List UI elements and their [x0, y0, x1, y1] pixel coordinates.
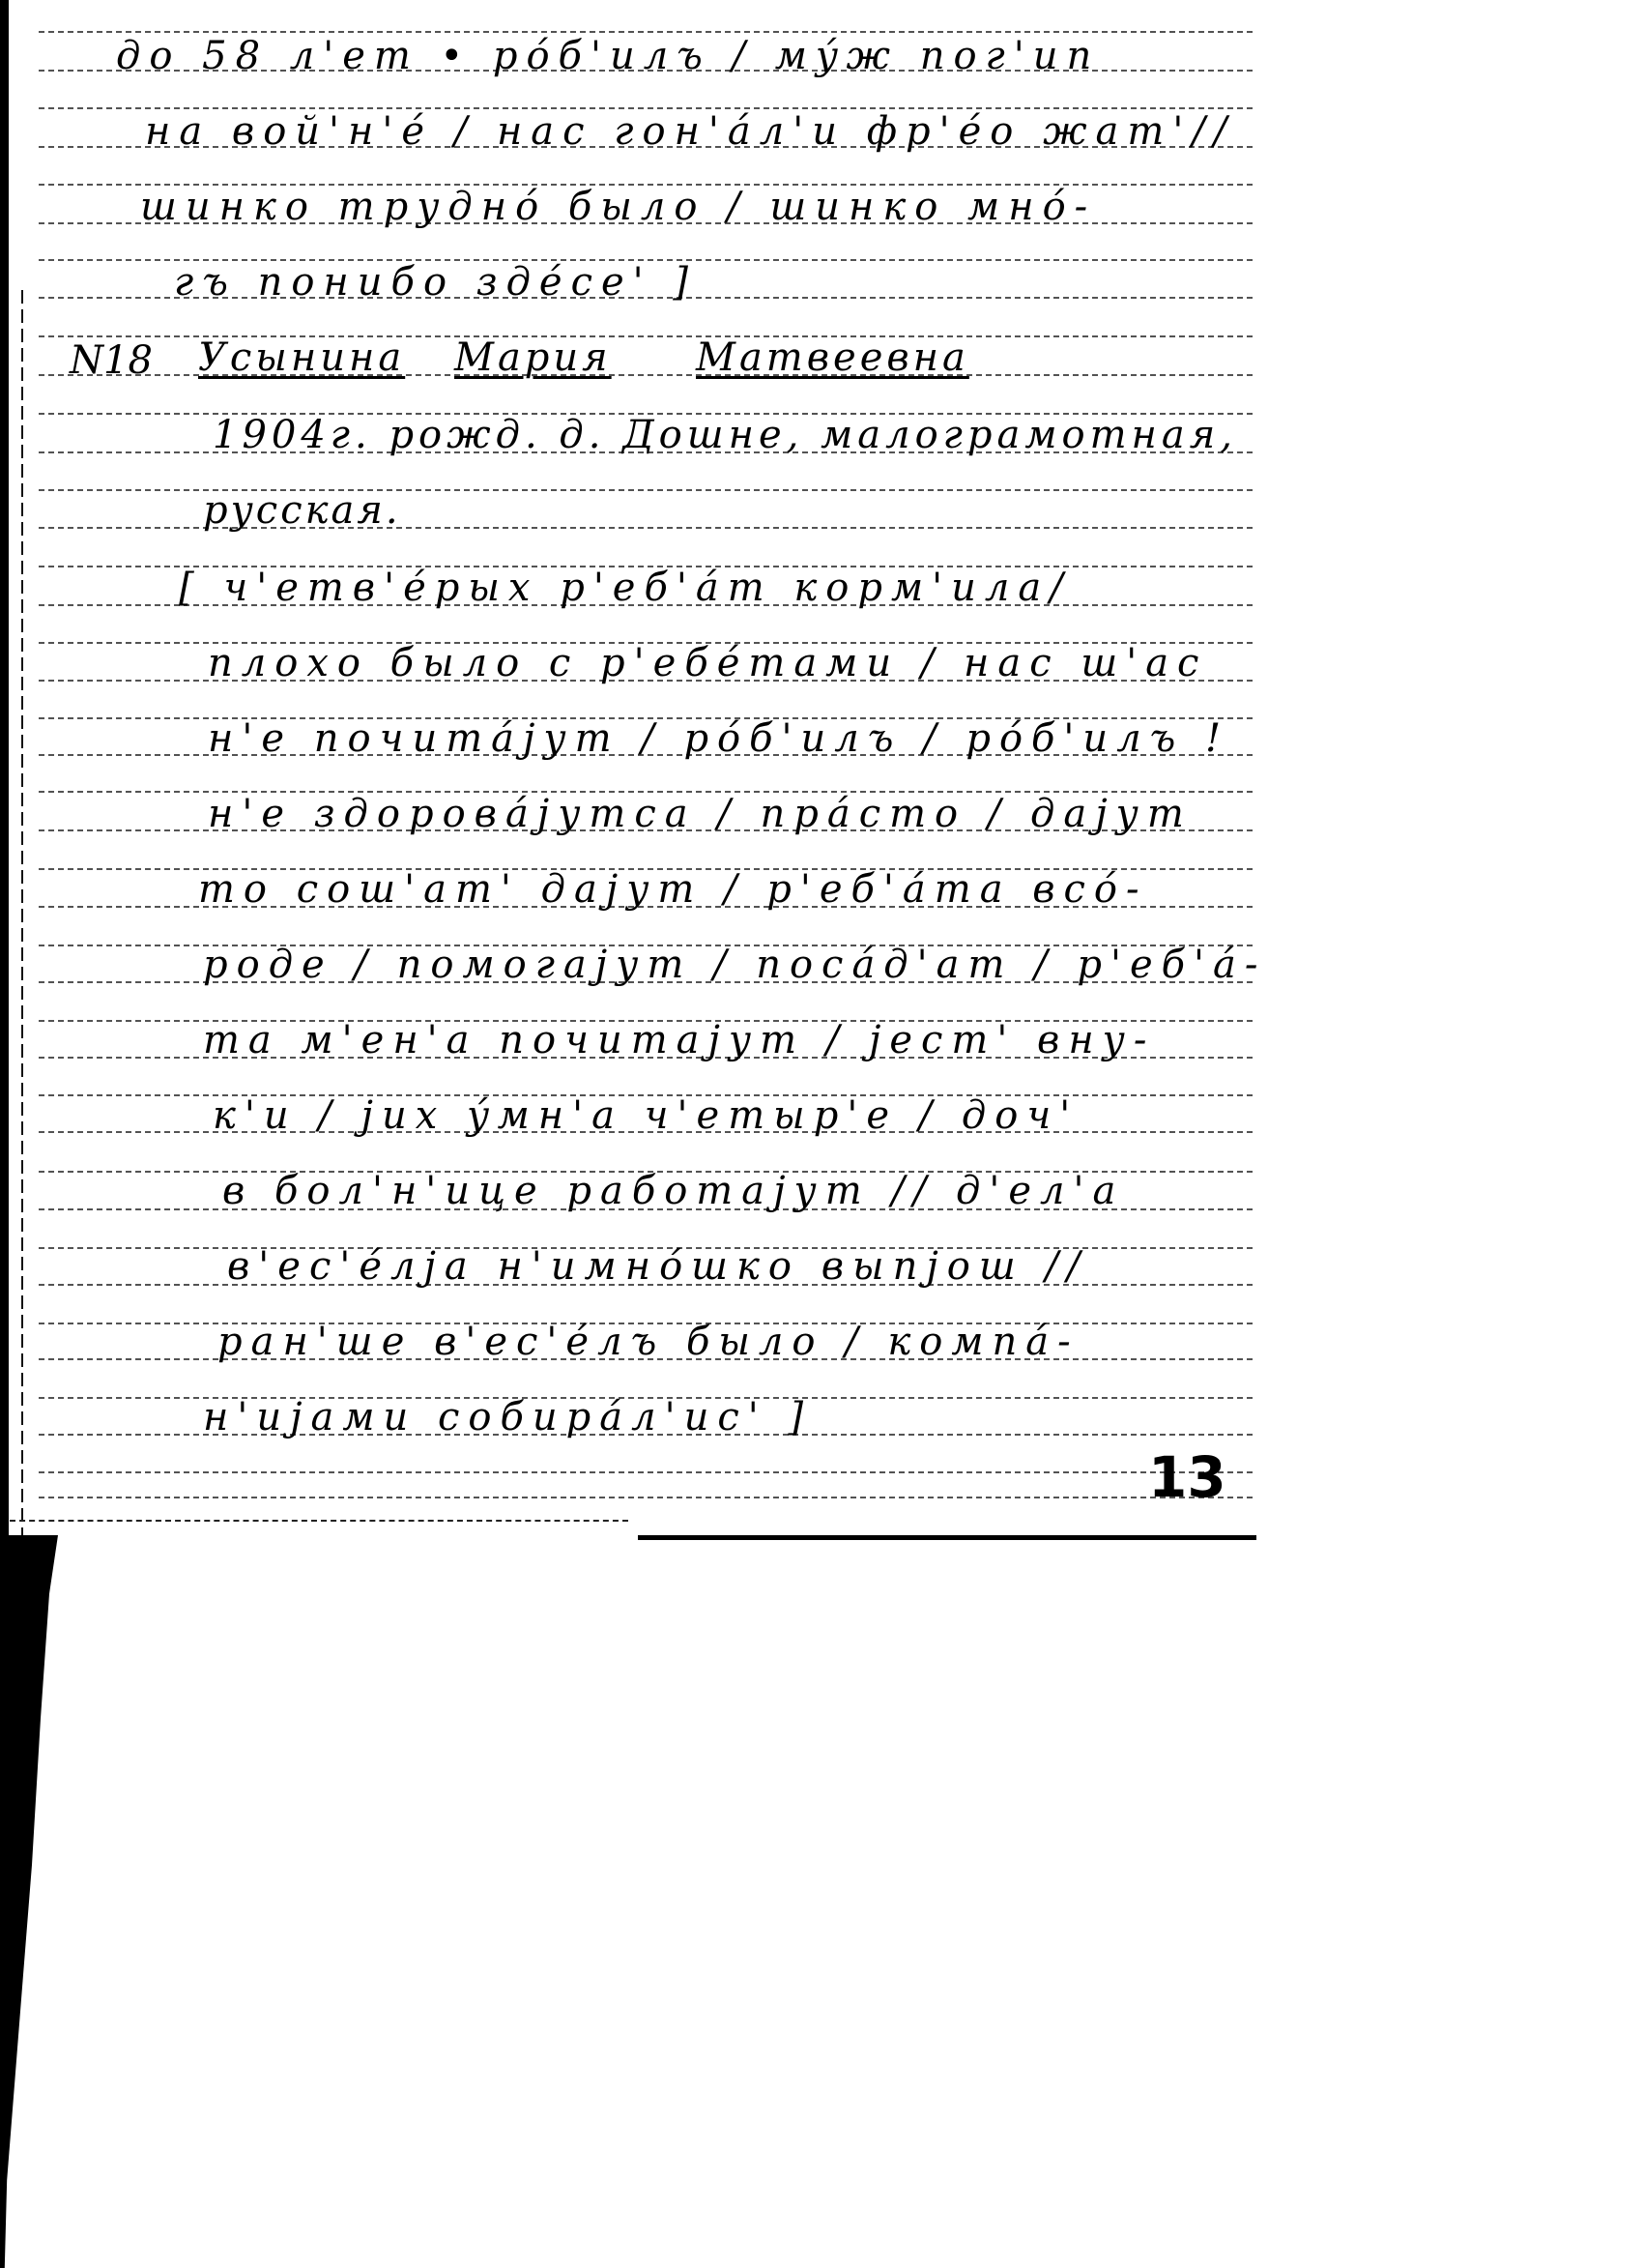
ruled-line [39, 1471, 1253, 1473]
transcript-line: н'е здоровájутса / прáсто / даjут [208, 795, 1193, 833]
transcript-line: в бол'н'ице работаjут // д'ел'а [222, 1172, 1124, 1210]
entry-first-name: Мария [454, 338, 612, 377]
ruled-line [39, 31, 1253, 33]
transcript-line: н'иjами собирáл'ис' ] [203, 1398, 812, 1437]
text-line: на вой'н'е́ / нас гон'а́л'и фр'е́о жат'/… [145, 112, 1235, 151]
transcript-line: в'ес'е́лjа н'имнóшко выпjош // [227, 1247, 1088, 1286]
scan-edge-shadow [0, 0, 9, 1537]
entry-info-line: русская. [203, 491, 401, 530]
document-page: до 58 л'ет • ро́б'илъ / мýж пог'ип на во… [0, 0, 1643, 2268]
text-line: шинко трудно́ было / шинко мно́- [140, 188, 1096, 226]
entry-patronymic: Матвеевна [696, 338, 969, 377]
transcript-line: [ ч'етв'е́рых р'еб'а́т корм'ила/ [179, 568, 1072, 607]
transcript-line: та м'ен'а почитаjут / jест' вну- [203, 1021, 1155, 1060]
text-line: до 58 л'ет • ро́б'илъ / мýж пог'ип [116, 37, 1100, 75]
transcript-line: ран'ше в'ес'е́лъ было / компа́- [217, 1323, 1080, 1361]
page-bottom-rule [638, 1535, 1256, 1540]
text-line: гъ понибо здéсе' ] [174, 263, 697, 302]
page-number: 13 [1148, 1444, 1226, 1510]
margin-line [21, 290, 23, 1537]
transcript-line: к'и / jих ýмн'а ч'етыр'е / доч' [213, 1096, 1079, 1135]
transcript-line: то сош'ат' даjут / р'еб'áта вcó- [198, 870, 1148, 909]
scan-edge-smudge [0, 1535, 58, 2268]
transcript-line: роде / помогаjут / поса́д'ат / р'еб'а́- [203, 945, 1266, 984]
ruled-line [10, 1520, 628, 1522]
entry-number: N18 [70, 338, 153, 383]
transcript-line: н'е почитájут / ро́б'илъ / ро́б'илъ ! [208, 719, 1229, 758]
ruled-line [39, 1497, 1253, 1498]
entry-info-line: 1904г. рожд. д. Дошне, малограмотная, [213, 416, 1237, 454]
transcript-line: плохо было с р'ебе́тами / нас ш'ас [208, 644, 1207, 683]
entry-surname: Усынина [198, 338, 405, 377]
